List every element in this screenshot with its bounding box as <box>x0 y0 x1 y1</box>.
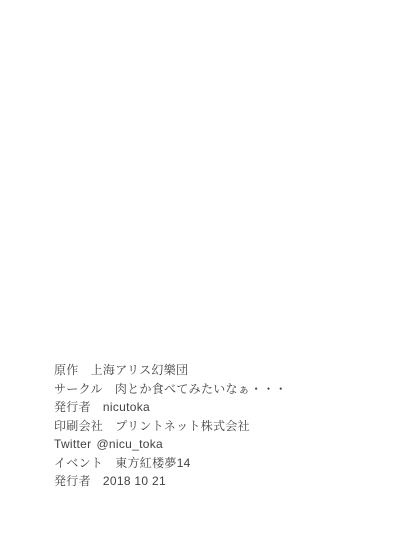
publisher-value: nicutoka <box>103 398 150 417</box>
circle-value: 肉とか食べてみたいなぁ・・・ <box>115 380 287 399</box>
original-work-label: 原作 <box>54 361 79 380</box>
colophon-line-printer: 印刷会社 プリントネット株式会社 <box>54 417 287 436</box>
colophon-line-event: イベント 東方紅楼夢14 <box>54 454 287 473</box>
colophon-page: 原作 上海アリス幻樂団 サークル 肉とか食べてみたいなぁ・・・ 発行者 nicu… <box>0 0 400 560</box>
event-value: 東方紅楼夢14 <box>115 454 190 473</box>
colophon-block: 原作 上海アリス幻樂団 サークル 肉とか食べてみたいなぁ・・・ 発行者 nicu… <box>54 361 287 491</box>
event-label: イベント <box>54 454 103 473</box>
twitter-label: Twitter <box>54 435 91 454</box>
colophon-line-publish-date: 発行者 2018 10 21 <box>54 472 287 491</box>
colophon-line-circle: サークル 肉とか食べてみたいなぁ・・・ <box>54 380 287 399</box>
colophon-line-original-work: 原作 上海アリス幻樂団 <box>54 361 287 380</box>
printer-value: プリントネット株式会社 <box>115 417 250 436</box>
publisher-label: 発行者 <box>54 398 91 417</box>
twitter-handle: @nicu_toka <box>96 435 163 454</box>
colophon-line-twitter: Twitter @nicu_toka <box>54 435 287 454</box>
colophon-line-publisher: 発行者 nicutoka <box>54 398 287 417</box>
publish-date-label: 発行者 <box>54 472 91 491</box>
circle-label: サークル <box>54 380 103 399</box>
original-work-value: 上海アリス幻樂団 <box>91 361 189 380</box>
publish-date-value: 2018 10 21 <box>103 472 166 491</box>
printer-label: 印刷会社 <box>54 417 103 436</box>
